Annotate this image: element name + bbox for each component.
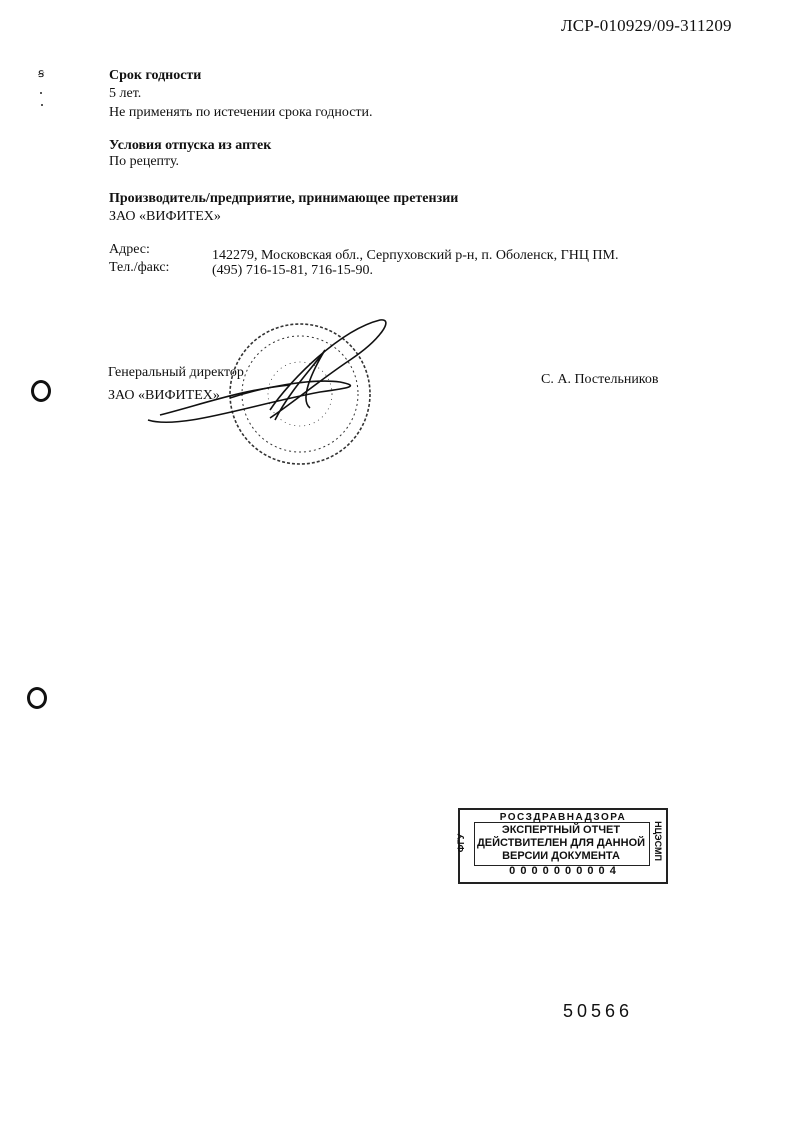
shelf-life-value: 5 лет.	[109, 85, 141, 102]
scan-mark-dot	[41, 104, 43, 106]
phone-value: (495) 716-15-81, 716-15-90.	[212, 262, 373, 279]
dispensing-value: По рецепту.	[109, 153, 179, 170]
address-label: Адрес:	[109, 241, 150, 258]
page-code: 50566	[563, 1001, 633, 1022]
punch-hole-icon	[27, 687, 47, 709]
dispensing-heading: Условия отпуска из аптек	[109, 137, 271, 154]
signature-scribble-icon	[148, 320, 386, 422]
shelf-life-heading: Срок годности	[109, 67, 201, 84]
stamp-authority: РОСЗДРАВНАДЗОРА	[480, 811, 646, 824]
stamp-line-2: ДЕЙСТВИТЕЛЕН ДЛЯ ДАННОЙ	[476, 837, 646, 850]
stamp-line-1: ЭКСПЕРТНЫЙ ОТЧЕТ	[476, 824, 646, 837]
scan-mark-dot	[40, 92, 42, 94]
registration-number: ЛСР-010929/09-311209	[561, 16, 732, 36]
phone-label: Тел./факс:	[109, 259, 169, 276]
stamp-left-side: ФГУ	[456, 834, 466, 852]
manufacturer-name: ЗАО «ВИФИТЕХ»	[109, 208, 221, 225]
stamp-right-side: НЦЭСМП	[653, 821, 663, 861]
punch-hole-icon	[31, 380, 51, 402]
manufacturer-heading: Производитель/предприятие, принимающее п…	[109, 190, 458, 207]
company-seal-icon	[140, 310, 400, 470]
signer-name: С. А. Постельников	[541, 371, 659, 388]
scan-marks: ꞩ	[38, 66, 44, 81]
shelf-life-note: Не применять по истечении срока годности…	[109, 104, 373, 121]
stamp-serial: 0 0 0 0 0 0 0 0 0 4	[476, 865, 650, 878]
stamp-line-3: ВЕРСИИ ДОКУМЕНТА	[476, 850, 646, 863]
